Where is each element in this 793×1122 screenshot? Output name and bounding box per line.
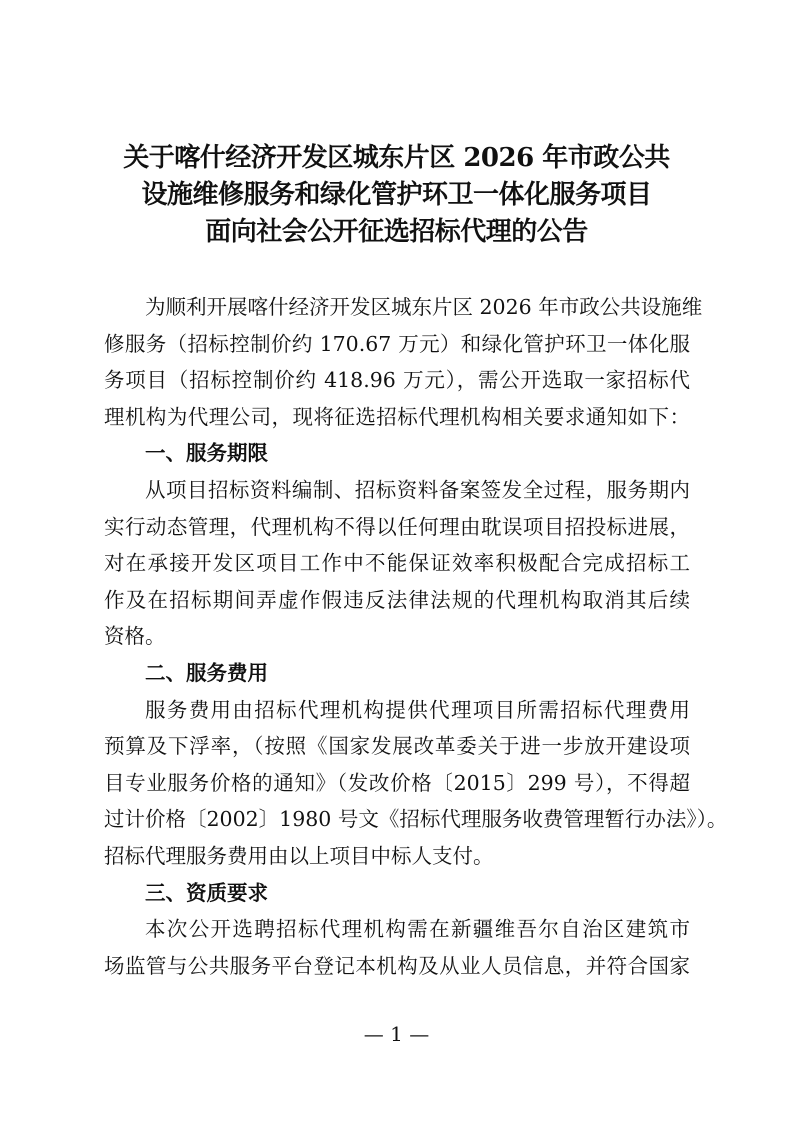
text-line: 修服务（招标控制价约 170.67 万元）和绿化管护环卫一体化服 — [104, 326, 690, 363]
page-number: — 1 — — [0, 1022, 793, 1046]
text-line: 目专业服务价格的通知》（发改价格〔2015〕299 号），不得超 — [104, 765, 690, 802]
text-line: 从项目招标资料编制、招标资料备案签发全过程，服务期内 — [104, 472, 690, 509]
text-line: 为顺利开展喀什经济开发区城东片区 2026 年市政公共设施维 — [104, 289, 690, 326]
section-heading: 一、服务期限 — [104, 435, 690, 472]
document-body: 为顺利开展喀什经济开发区城东片区 2026 年市政公共设施维 修服务（招标控制价… — [104, 289, 690, 984]
text-line: 招标代理服务费用由以上项目中标人支付。 — [104, 838, 690, 875]
section-heading: 三、资质要求 — [104, 875, 690, 912]
text-line: 理机构为代理公司，现将征选招标代理机构相关要求通知如下： — [104, 399, 690, 436]
title-line: 面向社会公开征选招标代理的公告 — [100, 214, 693, 251]
text-line: 实行动态管理，代理机构不得以任何理由耽误项目招投标进展， — [104, 509, 690, 546]
text-line: 场监管与公共服务平台登记本机构及从业人员信息，并符合国家 — [104, 948, 690, 985]
text-line: 本次公开选聘招标代理机构需在新疆维吾尔自治区建筑市 — [104, 911, 690, 948]
section-service-period: 一、服务期限 从项目招标资料编制、招标资料备案签发全过程，服务期内 实行动态管理… — [104, 435, 690, 655]
title-line: 设施维修服务和绿化管护环卫一体化服务项目 — [100, 177, 693, 214]
section-service-fee: 二、服务费用 服务费用由招标代理机构提供代理项目所需招标代理费用 预算及下浮率，… — [104, 655, 690, 875]
text-line: 过计价格〔2002〕1980 号文《招标代理服务收费管理暂行办法》）。 — [104, 801, 690, 838]
text-line: 务项目（招标控制价约 418.96 万元），需公开选取一家招标代 — [104, 362, 690, 399]
document-title: 关于喀什经济开发区城东片区 2026 年市政公共 设施维修服务和绿化管护环卫一体… — [100, 140, 693, 251]
intro-paragraph: 为顺利开展喀什经济开发区城东片区 2026 年市政公共设施维 修服务（招标控制价… — [104, 289, 690, 435]
text-line: 对在承接开发区项目工作中不能保证效率积极配合完成招标工 — [104, 545, 690, 582]
text-line: 服务费用由招标代理机构提供代理项目所需招标代理费用 — [104, 692, 690, 729]
text-line: 资格。 — [104, 618, 690, 655]
title-line: 关于喀什经济开发区城东片区 2026 年市政公共 — [100, 140, 693, 177]
text-line: 预算及下浮率，（按照《国家发展改革委关于进一步放开建设项 — [104, 728, 690, 765]
text-line: 作及在招标期间弄虚作假违反法律法规的代理机构取消其后续 — [104, 582, 690, 619]
section-qualification: 三、资质要求 本次公开选聘招标代理机构需在新疆维吾尔自治区建筑市 场监管与公共服… — [104, 875, 690, 985]
section-heading: 二、服务费用 — [104, 655, 690, 692]
